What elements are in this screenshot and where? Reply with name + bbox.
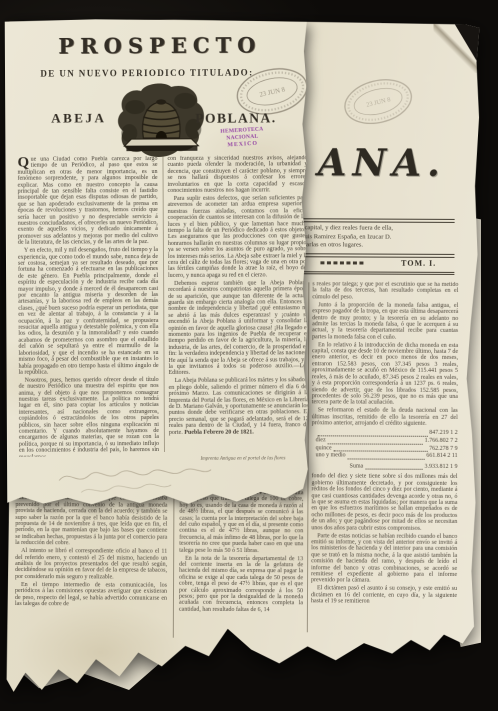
ornament-dashes [321, 261, 365, 264]
column-rule [162, 156, 165, 452]
prospecto-column-left: Que una Ciudad como Puebla carezca por l… [17, 156, 159, 457]
newsprint-paragraph: fondo del diez y siete tiene sobre sí do… [311, 474, 457, 532]
prospecto-page-surface: PROSPECTO DE UN NUEVO PERIODICO TITULADO… [5, 17, 310, 505]
newsprint-paragraph: Se reformaron el estado de la deuda naci… [312, 408, 458, 428]
news-column-right: s reales por talega; y que por el escrut… [311, 281, 459, 632]
drop-cap: Q [17, 157, 29, 169]
prospecto-paragraph: Para suplir estos defectos, que serían s… [168, 195, 308, 279]
prospecto-column-right: con franqueza y sinceridad nuestros avis… [167, 155, 309, 456]
folded-corner-highlight [433, 21, 479, 73]
paragraph-text: La Abeja Poblana se publicará los mártes… [169, 378, 309, 436]
newsprint-paragraph: En la nota de la tesorería departamental… [179, 555, 303, 613]
row-value: 762.278 7 9 [429, 445, 458, 453]
news-column-middle: se sabe que del encontrado día 14 de ene… [179, 490, 304, 637]
prospecto-paragraph: con franqueza y sinceridad nuestros avis… [167, 155, 307, 194]
stamp-date-text: 23 JUN 8 [259, 86, 286, 98]
row-value: 661.814 2 11 [426, 453, 457, 461]
table-row: uno y medio 661.814 2 11 [316, 453, 458, 461]
subscription-line: tarlas en otros lugares. [304, 241, 454, 250]
volume-row: TOM. I. [302, 258, 454, 268]
row-label: quince [316, 445, 332, 453]
printed-rule [303, 218, 455, 223]
news-column-left: del mismo de este año, exigiendo se proc… [15, 489, 168, 636]
prospecto-page: PROSPECTO DE UN NUEVO PERIODICO TITULADO… [5, 17, 310, 505]
row-value: 1.766.802 7 2 [425, 438, 458, 446]
newsprint-paragraph: El dictámen pasó el asunto á su consejo,… [311, 586, 457, 606]
newsprint-paragraph: s reales por talega; y que por el escrut… [312, 281, 458, 301]
row-label: uno y medio [316, 453, 346, 461]
prospecto-paragraph: Nosotros, pues, hemos querido ofrecer de… [19, 377, 159, 457]
suma-label: Suma [350, 463, 364, 471]
library-date-stamp-faint: 23 JUN 8 [337, 70, 420, 132]
printed-rule [302, 253, 454, 258]
row-label: diez [316, 437, 326, 445]
newsprint-paragraph: En lo relativo á la introducción de dich… [312, 342, 458, 407]
prospecto-paragraph: Y en efecto, mil y mil desengaños, fruto… [18, 247, 159, 376]
suma-value: 3.933.812 1 9 [425, 464, 458, 472]
newsprint-paragraph: En el tiempo intermedio de esta comunica… [15, 582, 167, 608]
hemeroteca-stamp: HEMEROTECA NACIONAL MEXICO [204, 125, 281, 150]
newsprint-paragraph: Parte de estas noticias se habían recibi… [311, 533, 457, 585]
printed-rule [302, 271, 454, 275]
prospecto-title: PROSPECTO [5, 32, 307, 59]
table-suma-row: Suma 3.933.812 1 9 [316, 463, 458, 471]
subscription-lines: capital, y diez reales fuera de ella, ui… [304, 224, 454, 250]
prospecto-paragraph: Que una Ciudad como Puebla carezca por l… [17, 156, 157, 246]
prospecto-paragraph: Debemos esperar también que la Abeja Pob… [168, 280, 309, 377]
newsprint-paragraph: Al intento se libró el correspondiente o… [15, 548, 167, 581]
paragraph-text: ue una Ciudad como Puebla carezca por la… [18, 156, 158, 246]
masthead-poblana: POBLANA. [195, 110, 276, 126]
masthead-abeja: ABEJA [51, 110, 106, 126]
date-line: Puebla Febrero 20 de 1821. [184, 429, 254, 435]
row-value: 847.219 1 2 [429, 430, 458, 438]
dot-leader [348, 458, 425, 459]
dot-leader [365, 469, 422, 470]
handwritten-inscription [53, 462, 217, 505]
photo-backdrop: 23 JUN 8 ANA. capital, y diez reales fue… [0, 0, 498, 711]
volume-label: TOM. I. [401, 259, 436, 268]
masthead-fragment: ANA. [305, 144, 459, 182]
beehive-engraving [115, 80, 207, 160]
column-rule [173, 488, 175, 638]
prospecto-paragraph: La Abeja Poblana se publicará los mártes… [169, 378, 309, 436]
subscription-line: capital, y diez reales fuera de ella, [305, 224, 455, 233]
prospecto-columns: Que una Ciudad como Puebla carezca por l… [17, 155, 309, 457]
stamp-date-text: 23 JUN 8 [366, 96, 392, 109]
newsprint-paragraph: Junto á la proporción de la moneda falsa… [312, 302, 458, 341]
debt-table: 847.219 1 2 diez 1.766.802 7 2 quince 76… [316, 430, 458, 472]
